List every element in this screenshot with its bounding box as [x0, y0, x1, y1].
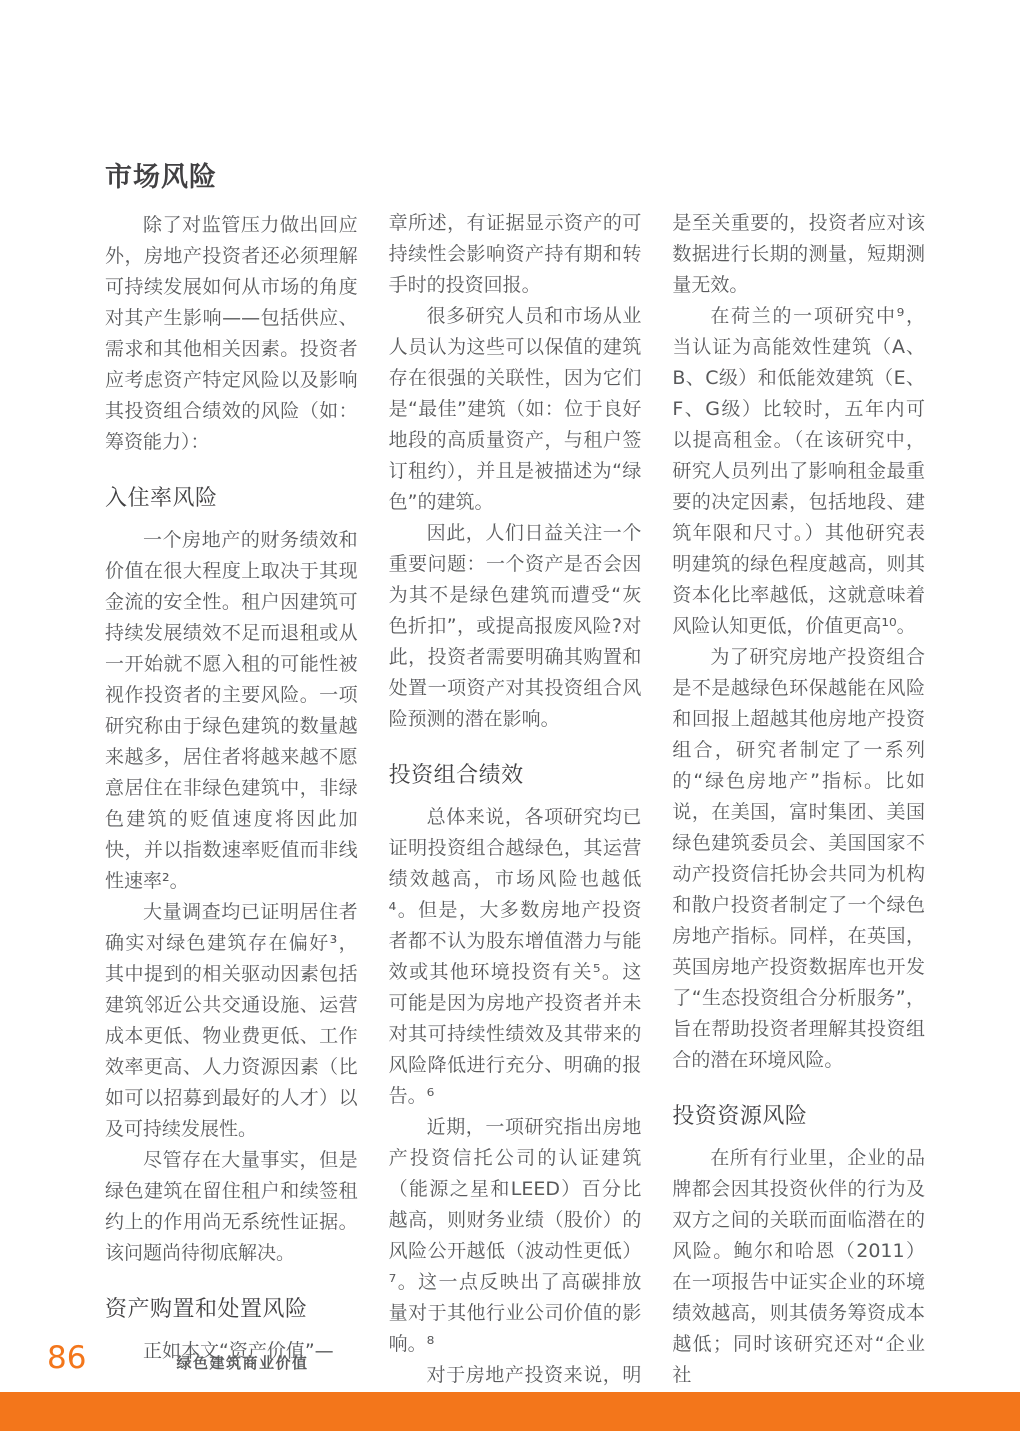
- body-paragraph: 大量调查均已证明居住者确实对绿色建筑存在偏好³，其中提到的相关驱动因素包括建筑邻…: [105, 897, 358, 1145]
- column-2: 章所述，有证据显示资产的可持续性会影响资产持有期和转手时的投资回报。很多研究人员…: [389, 162, 642, 1422]
- column-1: 市场风险除了对监管压力做出回应外，房地产投资者还必须理解可持续发展如何从市场的角…: [105, 162, 358, 1422]
- body-paragraph: 在荷兰的一项研究中⁹，当认证为高能效性建筑（A、B、C级）和低能效建筑（E、F、…: [672, 301, 925, 642]
- section-heading: 资产购置和处置风险: [105, 1296, 358, 1325]
- body-paragraph: 尽管存在大量事实，但是绿色建筑在留住租户和续签租约上的作用尚无系统性证据。该问题…: [105, 1145, 358, 1269]
- section-heading: 投资组合绩效: [389, 762, 642, 791]
- article-title: 市场风险: [105, 162, 358, 194]
- body-paragraph: 近期，一项研究指出房地产投资信托公司的认证建筑（能源之星和LEED）百分比越高，…: [389, 1112, 642, 1360]
- bottom-accent-bar: [0, 1392, 1020, 1431]
- body-paragraph: 除了对监管压力做出回应外，房地产投资者还必须理解可持续发展如何从市场的角度对其产…: [105, 210, 358, 458]
- body-paragraph: 因此，人们日益关注一个重要问题：一个资产是否会因为其不是绿色建筑而遭受“灰色折扣…: [389, 518, 642, 735]
- section-heading: 入住率风险: [105, 485, 358, 514]
- body-paragraph: 很多研究人员和市场从业人员认为这些可以保值的建筑存在很强的关联性，因为它们是“最…: [389, 301, 642, 518]
- body-paragraph: 为了研究房地产投资组合是不是越绿色环保越能在风险和回报上超越其他房地产投资组合，…: [672, 642, 925, 1076]
- body-paragraph: 一个房地产的财务绩效和价值在很大程度上取决于其现金流的安全性。租户因建筑可持续发…: [105, 525, 358, 897]
- footer-book-title: 绿色建筑商业价值: [176, 1352, 308, 1373]
- page-footer: 86 绿色建筑商业价值: [47, 1340, 308, 1376]
- column-3: 是至关重要的，投资者应对该数据进行长期的测量，短期测量无效。在荷兰的一项研究中⁹…: [672, 162, 925, 1422]
- body-paragraph: 总体来说，各项研究均已证明投资组合越绿色，其运营绩效越高，市场风险也越低⁴。但是…: [389, 802, 642, 1112]
- document-page: 市场风险除了对监管压力做出回应外，房地产投资者还必须理解可持续发展如何从市场的角…: [0, 0, 1020, 1431]
- body-paragraph-continued: 章所述，有证据显示资产的可持续性会影响资产持有期和转手时的投资回报。: [389, 208, 642, 301]
- page-number: 86: [47, 1340, 86, 1376]
- body-paragraph: 在所有行业里，企业的品牌都会因其投资伙伴的行为及双方之间的关联而面临潜在的风险。…: [672, 1143, 925, 1391]
- text-columns: 市场风险除了对监管压力做出回应外，房地产投资者还必须理解可持续发展如何从市场的角…: [105, 162, 925, 1422]
- section-heading: 投资资源风险: [672, 1103, 925, 1132]
- body-paragraph-continued: 是至关重要的，投资者应对该数据进行长期的测量，短期测量无效。: [672, 208, 925, 301]
